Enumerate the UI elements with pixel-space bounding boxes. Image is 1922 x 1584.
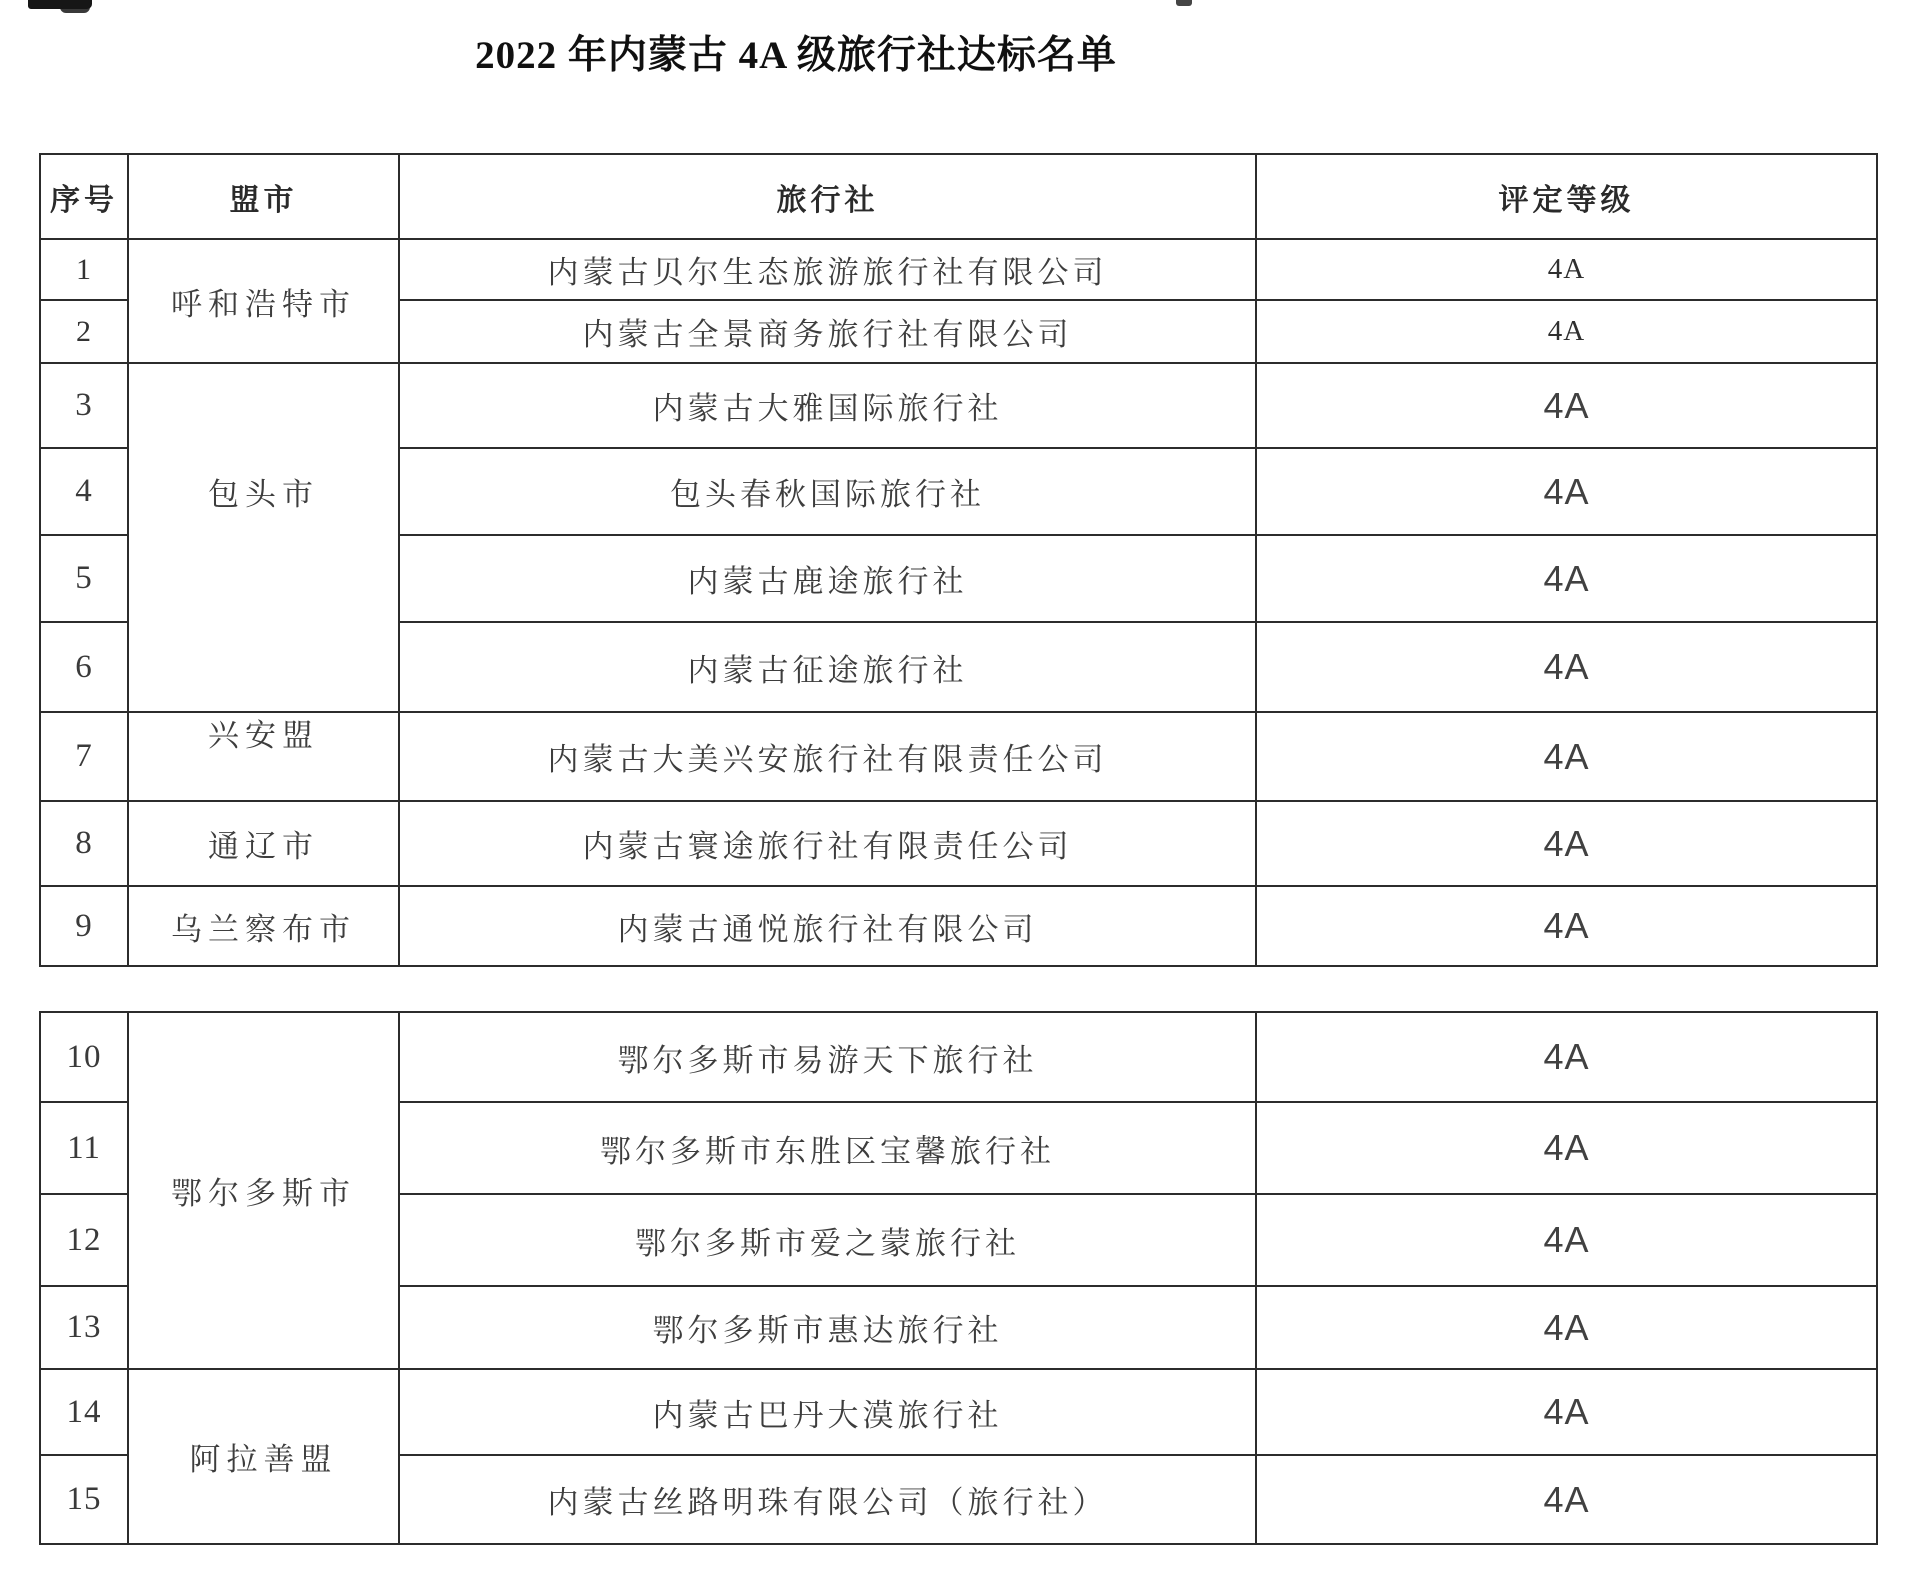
table-row: 8 通辽市 内蒙古寰途旅行社有限责任公司 4A bbox=[40, 801, 1877, 886]
row-agency: 内蒙古通悦旅行社有限公司 bbox=[399, 886, 1256, 966]
row-no: 13 bbox=[40, 1286, 128, 1369]
table-row: 10 鄂尔多斯市 鄂尔多斯市易游天下旅行社 4A bbox=[40, 1012, 1877, 1102]
table-row: 9 乌兰察布市 内蒙古通悦旅行社有限公司 4A bbox=[40, 886, 1877, 966]
row-no: 1 bbox=[40, 239, 128, 300]
header-grade: 评定等级 bbox=[1256, 154, 1877, 239]
row-agency: 鄂尔多斯市惠达旅行社 bbox=[399, 1286, 1256, 1369]
city-label: 呼和浩特市 bbox=[171, 287, 356, 322]
city-label: 包头市 bbox=[208, 477, 319, 512]
city-label: 阿拉善盟 bbox=[190, 1442, 338, 1477]
row-agency: 内蒙古鹿途旅行社 bbox=[399, 535, 1256, 622]
agency-table-section-1: 序号 盟市 旅行社 评定等级 1 呼和浩特市 内蒙古贝尔生态旅游旅行社有限公司 … bbox=[39, 153, 1878, 967]
page-title: 2022 年内蒙古 4A 级旅行社达标名单 bbox=[0, 24, 1592, 80]
row-agency: 内蒙古大雅国际旅行社 bbox=[399, 363, 1256, 448]
row-no: 15 bbox=[40, 1455, 128, 1544]
row-grade: 4A bbox=[1256, 1455, 1877, 1544]
row-agency: 包头春秋国际旅行社 bbox=[399, 448, 1256, 535]
table-row: 14 阿拉善盟 内蒙古巴丹大漠旅行社 4A bbox=[40, 1369, 1877, 1455]
row-agency: 内蒙古寰途旅行社有限责任公司 bbox=[399, 801, 1256, 886]
scan-artifact bbox=[1176, 0, 1192, 6]
row-agency: 内蒙古贝尔生态旅游旅行社有限公司 bbox=[399, 239, 1256, 300]
row-no: 9 bbox=[40, 886, 128, 966]
row-agency: 鄂尔多斯市爱之蒙旅行社 bbox=[399, 1194, 1256, 1286]
row-agency: 内蒙古征途旅行社 bbox=[399, 622, 1256, 712]
row-city: 乌兰察布市 bbox=[128, 886, 399, 966]
city-label: 通辽市 bbox=[208, 829, 319, 864]
row-grade: 4A bbox=[1256, 886, 1877, 966]
row-city: 通辽市 bbox=[128, 801, 399, 886]
table-header-row: 序号 盟市 旅行社 评定等级 bbox=[40, 154, 1877, 239]
row-grade: 4A bbox=[1256, 1194, 1877, 1286]
table-row: 3 包头市 内蒙古大雅国际旅行社 4A bbox=[40, 363, 1877, 448]
row-no: 3 bbox=[40, 363, 128, 448]
row-no: 7 bbox=[40, 712, 128, 801]
row-city: 兴安盟 bbox=[128, 712, 399, 801]
row-grade: 4A bbox=[1256, 363, 1877, 448]
row-grade: 4A bbox=[1256, 1012, 1877, 1102]
row-grade: 4A bbox=[1256, 712, 1877, 801]
row-grade: 4A bbox=[1256, 535, 1877, 622]
row-no: 14 bbox=[40, 1369, 128, 1455]
table-row: 1 呼和浩特市 内蒙古贝尔生态旅游旅行社有限公司 4A bbox=[40, 239, 1877, 300]
row-agency: 鄂尔多斯市东胜区宝馨旅行社 bbox=[399, 1102, 1256, 1194]
row-city: 包头市 bbox=[128, 363, 399, 712]
city-label: 鄂尔多斯市 bbox=[171, 1176, 356, 1211]
row-grade: 4A bbox=[1256, 1369, 1877, 1455]
agency-table-section-2: 10 鄂尔多斯市 鄂尔多斯市易游天下旅行社 4A 11 鄂尔多斯市东胜区宝馨旅行… bbox=[39, 1011, 1878, 1545]
row-grade: 4A bbox=[1256, 239, 1877, 300]
row-no: 12 bbox=[40, 1194, 128, 1286]
row-no: 5 bbox=[40, 535, 128, 622]
row-no: 10 bbox=[40, 1012, 128, 1102]
row-agency: 内蒙古大美兴安旅行社有限责任公司 bbox=[399, 712, 1256, 801]
row-agency: 鄂尔多斯市易游天下旅行社 bbox=[399, 1012, 1256, 1102]
row-city: 阿拉善盟 bbox=[128, 1369, 399, 1544]
row-no: 4 bbox=[40, 448, 128, 535]
row-grade: 4A bbox=[1256, 448, 1877, 535]
row-no: 11 bbox=[40, 1102, 128, 1194]
row-no: 8 bbox=[40, 801, 128, 886]
header-agency: 旅行社 bbox=[399, 154, 1256, 239]
row-city: 呼和浩特市 bbox=[128, 239, 399, 363]
scan-artifact bbox=[60, 0, 90, 13]
row-grade: 4A bbox=[1256, 300, 1877, 363]
row-no: 6 bbox=[40, 622, 128, 712]
row-no: 2 bbox=[40, 300, 128, 363]
row-agency: 内蒙古全景商务旅行社有限公司 bbox=[399, 300, 1256, 363]
city-label: 乌兰察布市 bbox=[171, 912, 356, 947]
row-grade: 4A bbox=[1256, 801, 1877, 886]
row-grade: 4A bbox=[1256, 1102, 1877, 1194]
row-city: 鄂尔多斯市 bbox=[128, 1012, 399, 1369]
header-city: 盟市 bbox=[128, 154, 399, 239]
row-grade: 4A bbox=[1256, 622, 1877, 712]
row-agency: 内蒙古丝路明珠有限公司（旅行社） bbox=[399, 1455, 1256, 1544]
city-label: 兴安盟 bbox=[208, 718, 319, 753]
header-index: 序号 bbox=[40, 154, 128, 239]
row-agency: 内蒙古巴丹大漠旅行社 bbox=[399, 1369, 1256, 1455]
table-row: 7 兴安盟 内蒙古大美兴安旅行社有限责任公司 4A bbox=[40, 712, 1877, 801]
document-page: 2022 年内蒙古 4A 级旅行社达标名单 序号 盟市 旅行社 评定等级 1 呼… bbox=[0, 0, 1922, 1584]
row-grade: 4A bbox=[1256, 1286, 1877, 1369]
